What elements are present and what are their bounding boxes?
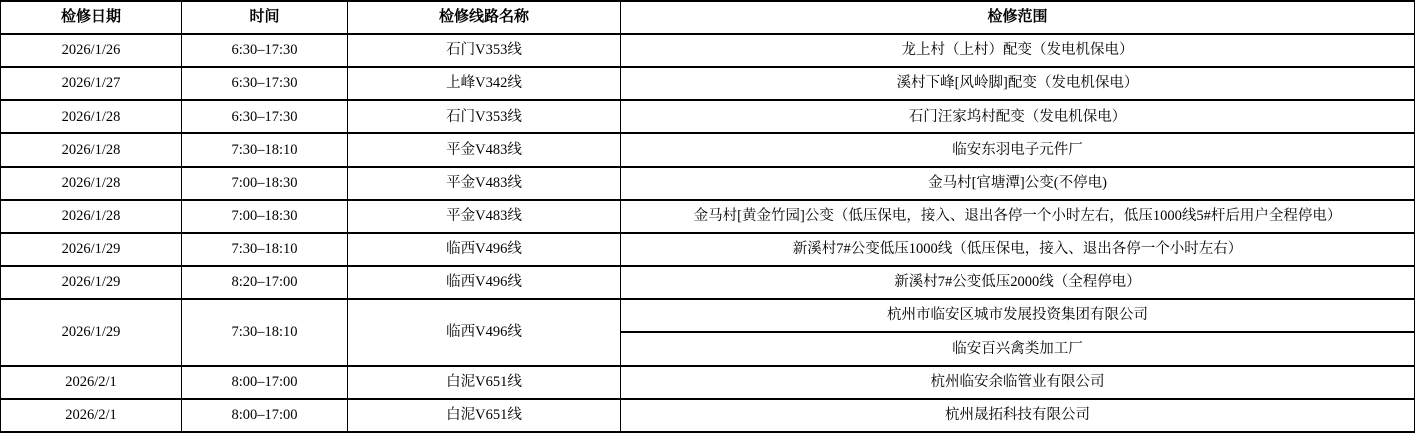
cell-scope: 溪村下峰[风岭脚]配变（发电机保电）	[621, 67, 1415, 100]
header-scope: 检修范围	[621, 1, 1415, 34]
cell-date: 2026/1/28	[1, 133, 182, 166]
table-row: 2026/1/29 8:20–17:00 临西V496线 新溪村7#公变低压20…	[1, 266, 1415, 299]
cell-line: 临西V496线	[348, 299, 621, 365]
cell-time: 7:30–18:10	[182, 233, 348, 266]
table-row: 2026/1/28 7:00–18:30 平金V483线 金马村[黄金竹园]公变…	[1, 200, 1415, 233]
cell-line: 白泥V651线	[348, 366, 621, 399]
header-time: 时间	[182, 1, 348, 34]
table-row: 2026/2/1 8:00–17:00 白泥V651线 杭州临安余临管业有限公司	[1, 366, 1415, 399]
table-row: 2026/1/28 7:30–18:10 平金V483线 临安东羽电子元件厂	[1, 133, 1415, 166]
cell-line: 石门V353线	[348, 100, 621, 133]
cell-date: 2026/1/29	[1, 233, 182, 266]
cell-line: 平金V483线	[348, 133, 621, 166]
cell-time: 8:00–17:00	[182, 399, 348, 432]
cell-time: 8:20–17:00	[182, 266, 348, 299]
cell-time: 7:00–18:30	[182, 200, 348, 233]
cell-time: 8:00–17:00	[182, 366, 348, 399]
cell-date: 2026/1/29	[1, 299, 182, 365]
header-line: 检修线路名称	[348, 1, 621, 34]
cell-time: 6:30–17:30	[182, 67, 348, 100]
cell-date: 2026/2/1	[1, 366, 182, 399]
header-date: 检修日期	[1, 1, 182, 34]
table-row: 2026/1/29 7:30–18:10 临西V496线 杭州市临安区城市发展投…	[1, 299, 1415, 332]
header-row: 检修日期 时间 检修线路名称 检修范围	[1, 1, 1415, 34]
cell-scope: 新溪村7#公变低压1000线（低压保电，接入、退出各停一个小时左右）	[621, 233, 1415, 266]
table-row: 2026/1/29 7:30–18:10 临西V496线 新溪村7#公变低压10…	[1, 233, 1415, 266]
cell-date: 2026/1/26	[1, 34, 182, 67]
cell-scope: 临安百兴禽类加工厂	[621, 332, 1415, 365]
cell-line: 白泥V651线	[348, 399, 621, 432]
cell-line: 平金V483线	[348, 167, 621, 200]
cell-line: 上峰V342线	[348, 67, 621, 100]
table-row: 2026/2/1 8:00–17:00 白泥V651线 杭州晟拓科技有限公司	[1, 399, 1415, 432]
cell-line: 临西V496线	[348, 266, 621, 299]
cell-date: 2026/1/27	[1, 67, 182, 100]
cell-scope: 杭州晟拓科技有限公司	[621, 399, 1415, 432]
cell-scope: 龙上村（上村）配变（发电机保电）	[621, 34, 1415, 67]
cell-scope: 金马村[官塘潭]公变(不停电)	[621, 167, 1415, 200]
cell-line: 临西V496线	[348, 233, 621, 266]
cell-time: 6:30–17:30	[182, 100, 348, 133]
table-row: 2026/1/27 6:30–17:30 上峰V342线 溪村下峰[风岭脚]配变…	[1, 67, 1415, 100]
cell-scope: 临安东羽电子元件厂	[621, 133, 1415, 166]
table-row: 2026/1/28 6:30–17:30 石门V353线 石门汪家坞村配变（发电…	[1, 100, 1415, 133]
table-row: 2026/1/28 7:00–18:30 平金V483线 金马村[官塘潭]公变(…	[1, 167, 1415, 200]
cell-time: 7:30–18:10	[182, 299, 348, 365]
maintenance-schedule-table: 检修日期 时间 检修线路名称 检修范围 2026/1/26 6:30–17:30…	[0, 0, 1415, 433]
cell-line: 平金V483线	[348, 200, 621, 233]
cell-line: 石门V353线	[348, 34, 621, 67]
cell-date: 2026/1/29	[1, 266, 182, 299]
cell-date: 2026/1/28	[1, 200, 182, 233]
cell-scope: 金马村[黄金竹园]公变（低压保电，接入、退出各停一个小时左右，低压1000线5#…	[621, 200, 1415, 233]
cell-time: 7:30–18:10	[182, 133, 348, 166]
cell-date: 2026/1/28	[1, 167, 182, 200]
cell-scope: 石门汪家坞村配变（发电机保电）	[621, 100, 1415, 133]
cell-scope: 新溪村7#公变低压2000线（全程停电）	[621, 266, 1415, 299]
cell-time: 7:00–18:30	[182, 167, 348, 200]
cell-time: 6:30–17:30	[182, 34, 348, 67]
cell-date: 2026/2/1	[1, 399, 182, 432]
table-row: 2026/1/26 6:30–17:30 石门V353线 龙上村（上村）配变（发…	[1, 34, 1415, 67]
cell-scope: 杭州临安余临管业有限公司	[621, 366, 1415, 399]
cell-date: 2026/1/28	[1, 100, 182, 133]
cell-scope: 杭州市临安区城市发展投资集团有限公司	[621, 299, 1415, 332]
